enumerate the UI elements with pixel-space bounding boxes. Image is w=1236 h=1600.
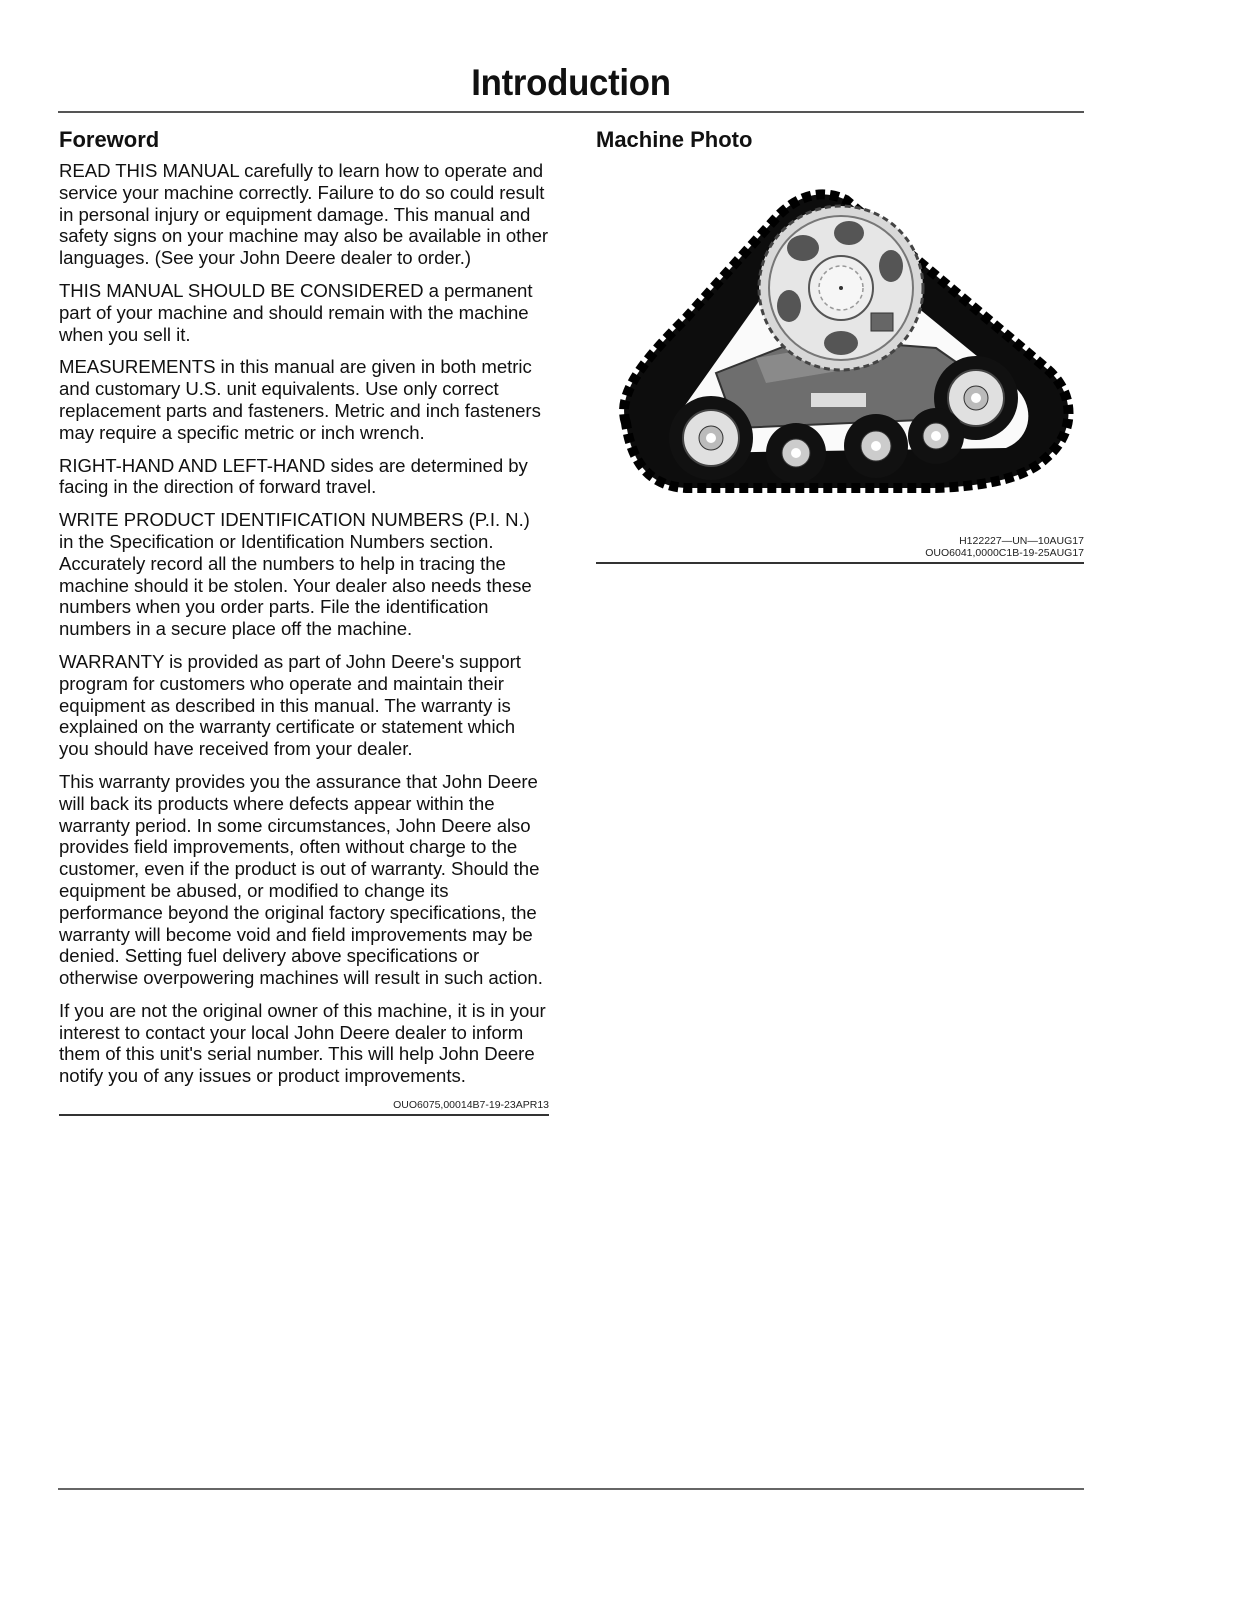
foreword-paragraph: This warranty provides you the assurance…	[59, 771, 549, 989]
foreword-ref-code: OUO6075,00014B7-19-23APR13	[59, 1099, 549, 1111]
foreword-section: Foreword READ THIS MANUAL carefully to l…	[59, 126, 549, 1116]
foreword-end-divider	[59, 1114, 549, 1116]
track-system-illustration	[606, 168, 1076, 513]
machine-photo-image	[606, 168, 1076, 513]
machine-photo-section: Machine Photo	[596, 126, 1084, 564]
foreword-paragraph: MEASUREMENTS in this manual are given in…	[59, 356, 549, 443]
machine-photo-heading: Machine Photo	[596, 126, 1084, 154]
foreword-paragraph: THIS MANUAL SHOULD BE CONSIDERED a perma…	[59, 280, 549, 345]
title-divider	[58, 111, 1084, 113]
foreword-paragraph: WARRANTY is provided as part of John Dee…	[59, 651, 549, 760]
page-title: Introduction	[89, 62, 1053, 104]
machine-photo-refs: H122227—UN—10AUG17 OUO6041,0000C1B-19-25…	[596, 535, 1084, 564]
page-footer-divider	[58, 1488, 1084, 1490]
foreword-paragraph: READ THIS MANUAL carefully to learn how …	[59, 160, 549, 269]
image-ref-code: H122227—UN—10AUG17	[596, 535, 1084, 547]
foreword-heading: Foreword	[59, 126, 549, 154]
machine-photo-ref-code: OUO6041,0000C1B-19-25AUG17	[596, 547, 1084, 559]
foreword-paragraph: RIGHT-HAND AND LEFT-HAND sides are deter…	[59, 455, 549, 499]
foreword-paragraph: WRITE PRODUCT IDENTIFICATION NUMBERS (P.…	[59, 509, 549, 640]
foreword-paragraph: If you are not the original owner of thi…	[59, 1000, 549, 1087]
machine-photo-end-divider	[596, 562, 1084, 564]
